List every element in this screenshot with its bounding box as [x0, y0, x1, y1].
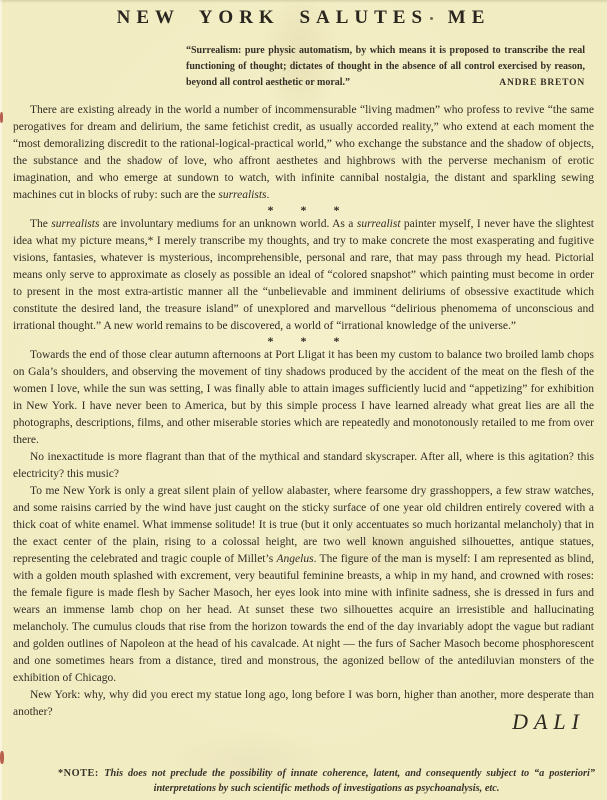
scan-speck [430, 17, 433, 20]
scanned-book-page: NEW YORK SALUTES ME “Surrealism: pure ph… [0, 0, 607, 800]
footnote-text: This does not preclude the possibility o… [104, 768, 595, 794]
asterisk-divider: * * * [13, 336, 594, 346]
paragraph-1: There are existing already in the world … [13, 102, 594, 204]
footnote-marker: *NOTE: [58, 768, 104, 779]
scan-speck [0, 112, 3, 123]
author-signature: DALI [0, 709, 585, 735]
essay-body: There are existing already in the world … [13, 102, 594, 721]
epigraph: “Surrealism: pure physic automatism, by … [186, 43, 585, 91]
asterisk-divider: * * * [13, 205, 594, 215]
page-title: NEW YORK SALUTES ME [0, 6, 607, 30]
paragraph-3: Towards the end of those clear autumn af… [13, 347, 594, 449]
footnote: *NOTE: This does not preclude the possib… [58, 766, 595, 796]
paragraph-2: The surrealists are involuntary mediums … [13, 216, 594, 335]
paragraph-4: No inexactitude is more flagrant than th… [13, 449, 594, 483]
paragraph-5: To me New York is only a great silent pl… [13, 483, 594, 687]
scan-speck [0, 751, 4, 764]
